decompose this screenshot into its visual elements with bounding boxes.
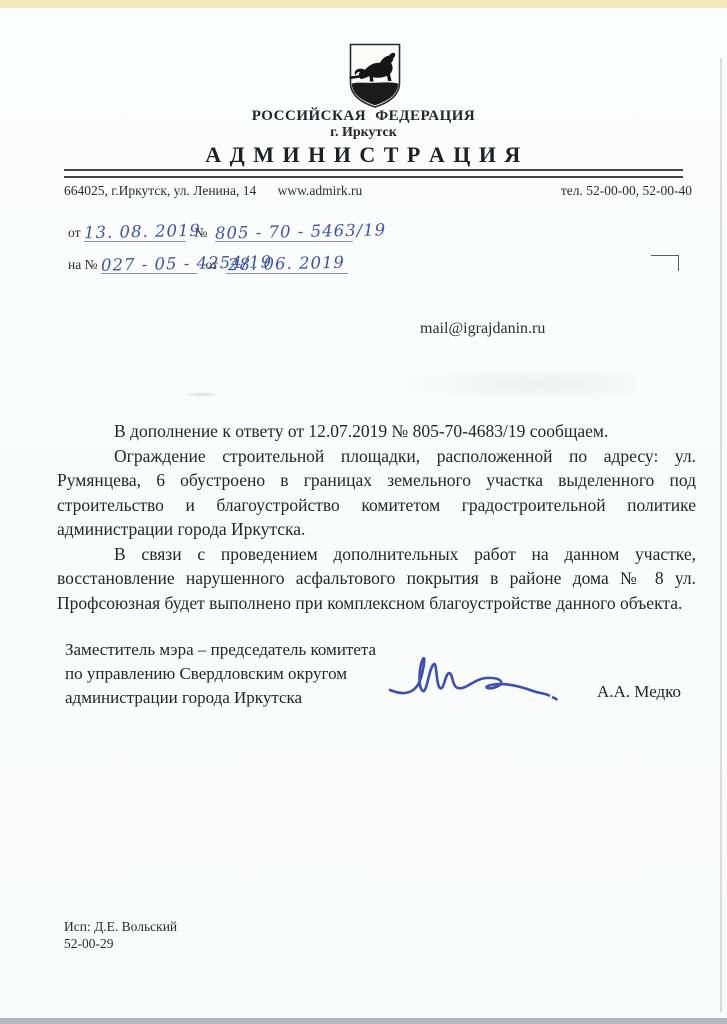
faint-scan-mark xyxy=(185,392,219,397)
letter-body: В дополнение к ответу от 12.07.2019 № 80… xyxy=(57,419,696,615)
redacted-smudge xyxy=(395,368,635,400)
outgoing-date-field: 13. 08. 2019 xyxy=(84,223,186,242)
scan-border-bottom xyxy=(0,1018,727,1024)
body-paragraph-3: В связи с проведением дополнительных раб… xyxy=(57,542,696,616)
header-double-rule xyxy=(64,169,683,178)
address-text: 664025, г.Иркутск, ул. Ленина, 14 xyxy=(64,183,256,198)
scan-page-edge xyxy=(720,58,722,1012)
contact-row: 664025, г.Иркутск, ул. Ленина, 14 www.ad… xyxy=(64,183,692,199)
outgoing-date-handwritten: 13. 08. 2019 xyxy=(84,222,201,242)
org-address: 664025, г.Иркутск, ул. Ленина, 14 www.ad… xyxy=(64,183,362,199)
scan-border-top xyxy=(0,0,727,8)
outgoing-number-field: 805 - 70 - 5463/19 xyxy=(215,223,353,242)
executor-phone: 52-00-29 xyxy=(64,935,177,952)
address-corner-mark xyxy=(651,255,679,271)
website-text: www.admirk.ru xyxy=(278,183,363,198)
signer-name: А.А. Медко xyxy=(597,682,681,702)
outgoing-number-handwritten: 805 - 70 - 5463/19 xyxy=(215,221,387,243)
incoming-reference-line: на № 027 - 05 - 4254/19 от 28. 06. 2019 xyxy=(68,248,353,274)
letterhead-organization: А Д М И Н И С Т Р А Ц И Я xyxy=(0,142,727,168)
scanned-letter-page: РОССИЙСКАЯ ФЕДЕРАЦИЯ г. Иркутск А Д М И … xyxy=(0,0,727,1024)
incoming-number-label: на № xyxy=(68,257,101,274)
executor-name: Исп: Д.Е. Вольский xyxy=(64,918,177,935)
signature-block: Заместитель мэра – председатель комитета… xyxy=(65,638,695,718)
signer-title-line-1: Заместитель мэра – председатель комитета xyxy=(65,638,695,662)
body-paragraph-2: Ограждение строительной площадки, распол… xyxy=(57,444,696,542)
incoming-number-field: 027 - 05 - 4254/19 xyxy=(101,255,197,274)
recipient-email: mail@igrajdanin.ru xyxy=(420,320,545,338)
incoming-date-field: 28. 06. 2019 xyxy=(226,255,348,274)
handwritten-signature-icon xyxy=(385,648,563,712)
letterhead-country: РОССИЙСКАЯ ФЕДЕРАЦИЯ xyxy=(0,108,727,125)
org-phone: тел. 52-00-00, 52-00-40 xyxy=(561,183,692,199)
letterhead-city: г. Иркутск xyxy=(0,125,727,141)
reference-block: от 13. 08. 2019 № 805 - 70 - 5463/19 на … xyxy=(68,216,353,280)
body-paragraph-1: В дополнение к ответу от 12.07.2019 № 80… xyxy=(57,419,696,444)
irkutsk-coat-of-arms-icon xyxy=(347,42,403,110)
incoming-date-handwritten: 28. 06. 2019 xyxy=(228,254,345,274)
executor-block: Исп: Д.Е. Вольский 52-00-29 xyxy=(64,918,177,952)
outgoing-reference-line: от 13. 08. 2019 № 805 - 70 - 5463/19 xyxy=(68,216,353,242)
outgoing-from-label: от xyxy=(68,225,84,242)
